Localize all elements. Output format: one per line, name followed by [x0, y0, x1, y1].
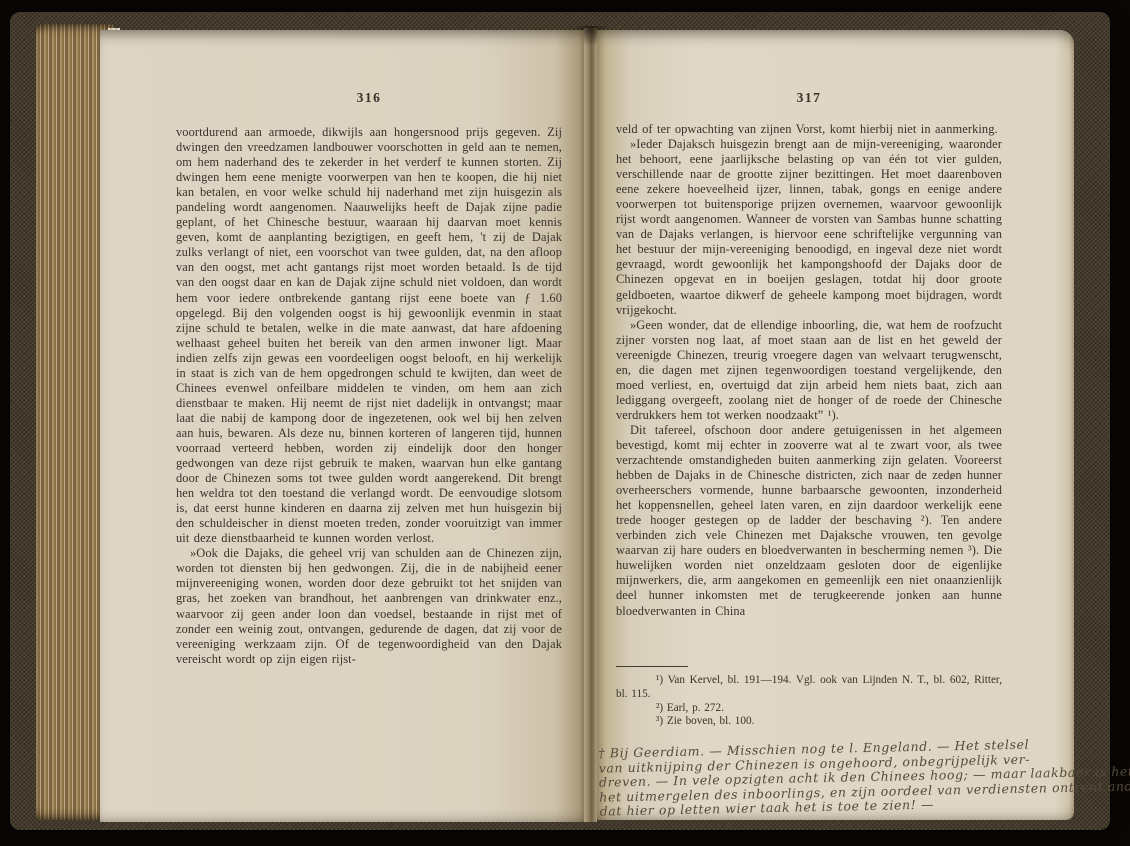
left-page: 316 voortdurend aan armoede, dikwijls aa…: [100, 30, 584, 822]
footnote: ¹) Van Kervel, bl. 191—194. Vgl. ook van…: [616, 674, 1002, 702]
footnote: ³) Zie boven, bl. 100.: [616, 715, 1002, 729]
paragraph: »Geen wonder, dat de ellendige inboorlin…: [616, 318, 1002, 423]
footnote-rule: [616, 666, 688, 667]
right-page: 317 veld of ter opwachting van zijnen Vo…: [597, 30, 1074, 820]
footnote: ²) Earl, p. 272.: [616, 702, 1002, 716]
paragraph: »Ook die Dajaks, die geheel vrij van sch…: [176, 546, 562, 666]
paragraph: veld of ter opwachting van zijnen Vorst,…: [616, 122, 1002, 137]
right-page-number: 317: [616, 90, 1002, 106]
footnotes: ¹) Van Kervel, bl. 191—194. Vgl. ook van…: [616, 666, 1002, 729]
paragraph: voortdurend aan armoede, dikwijls aan ho…: [176, 125, 562, 546]
handwritten-note: † Bij Geerdiam. — Misschien nog te l. En…: [598, 737, 1043, 819]
left-page-text: voortdurend aan armoede, dikwijls aan ho…: [176, 125, 562, 667]
right-page-text: veld of ter opwachting van zijnen Vorst,…: [616, 122, 1002, 619]
paragraph: Dit tafereel, ofschoon door andere getui…: [616, 423, 1002, 619]
book-gutter: [584, 28, 597, 822]
left-page-number: 316: [176, 90, 562, 106]
paragraph: »Ieder Dajaksch huisgezin brengt aan de …: [616, 137, 1002, 318]
